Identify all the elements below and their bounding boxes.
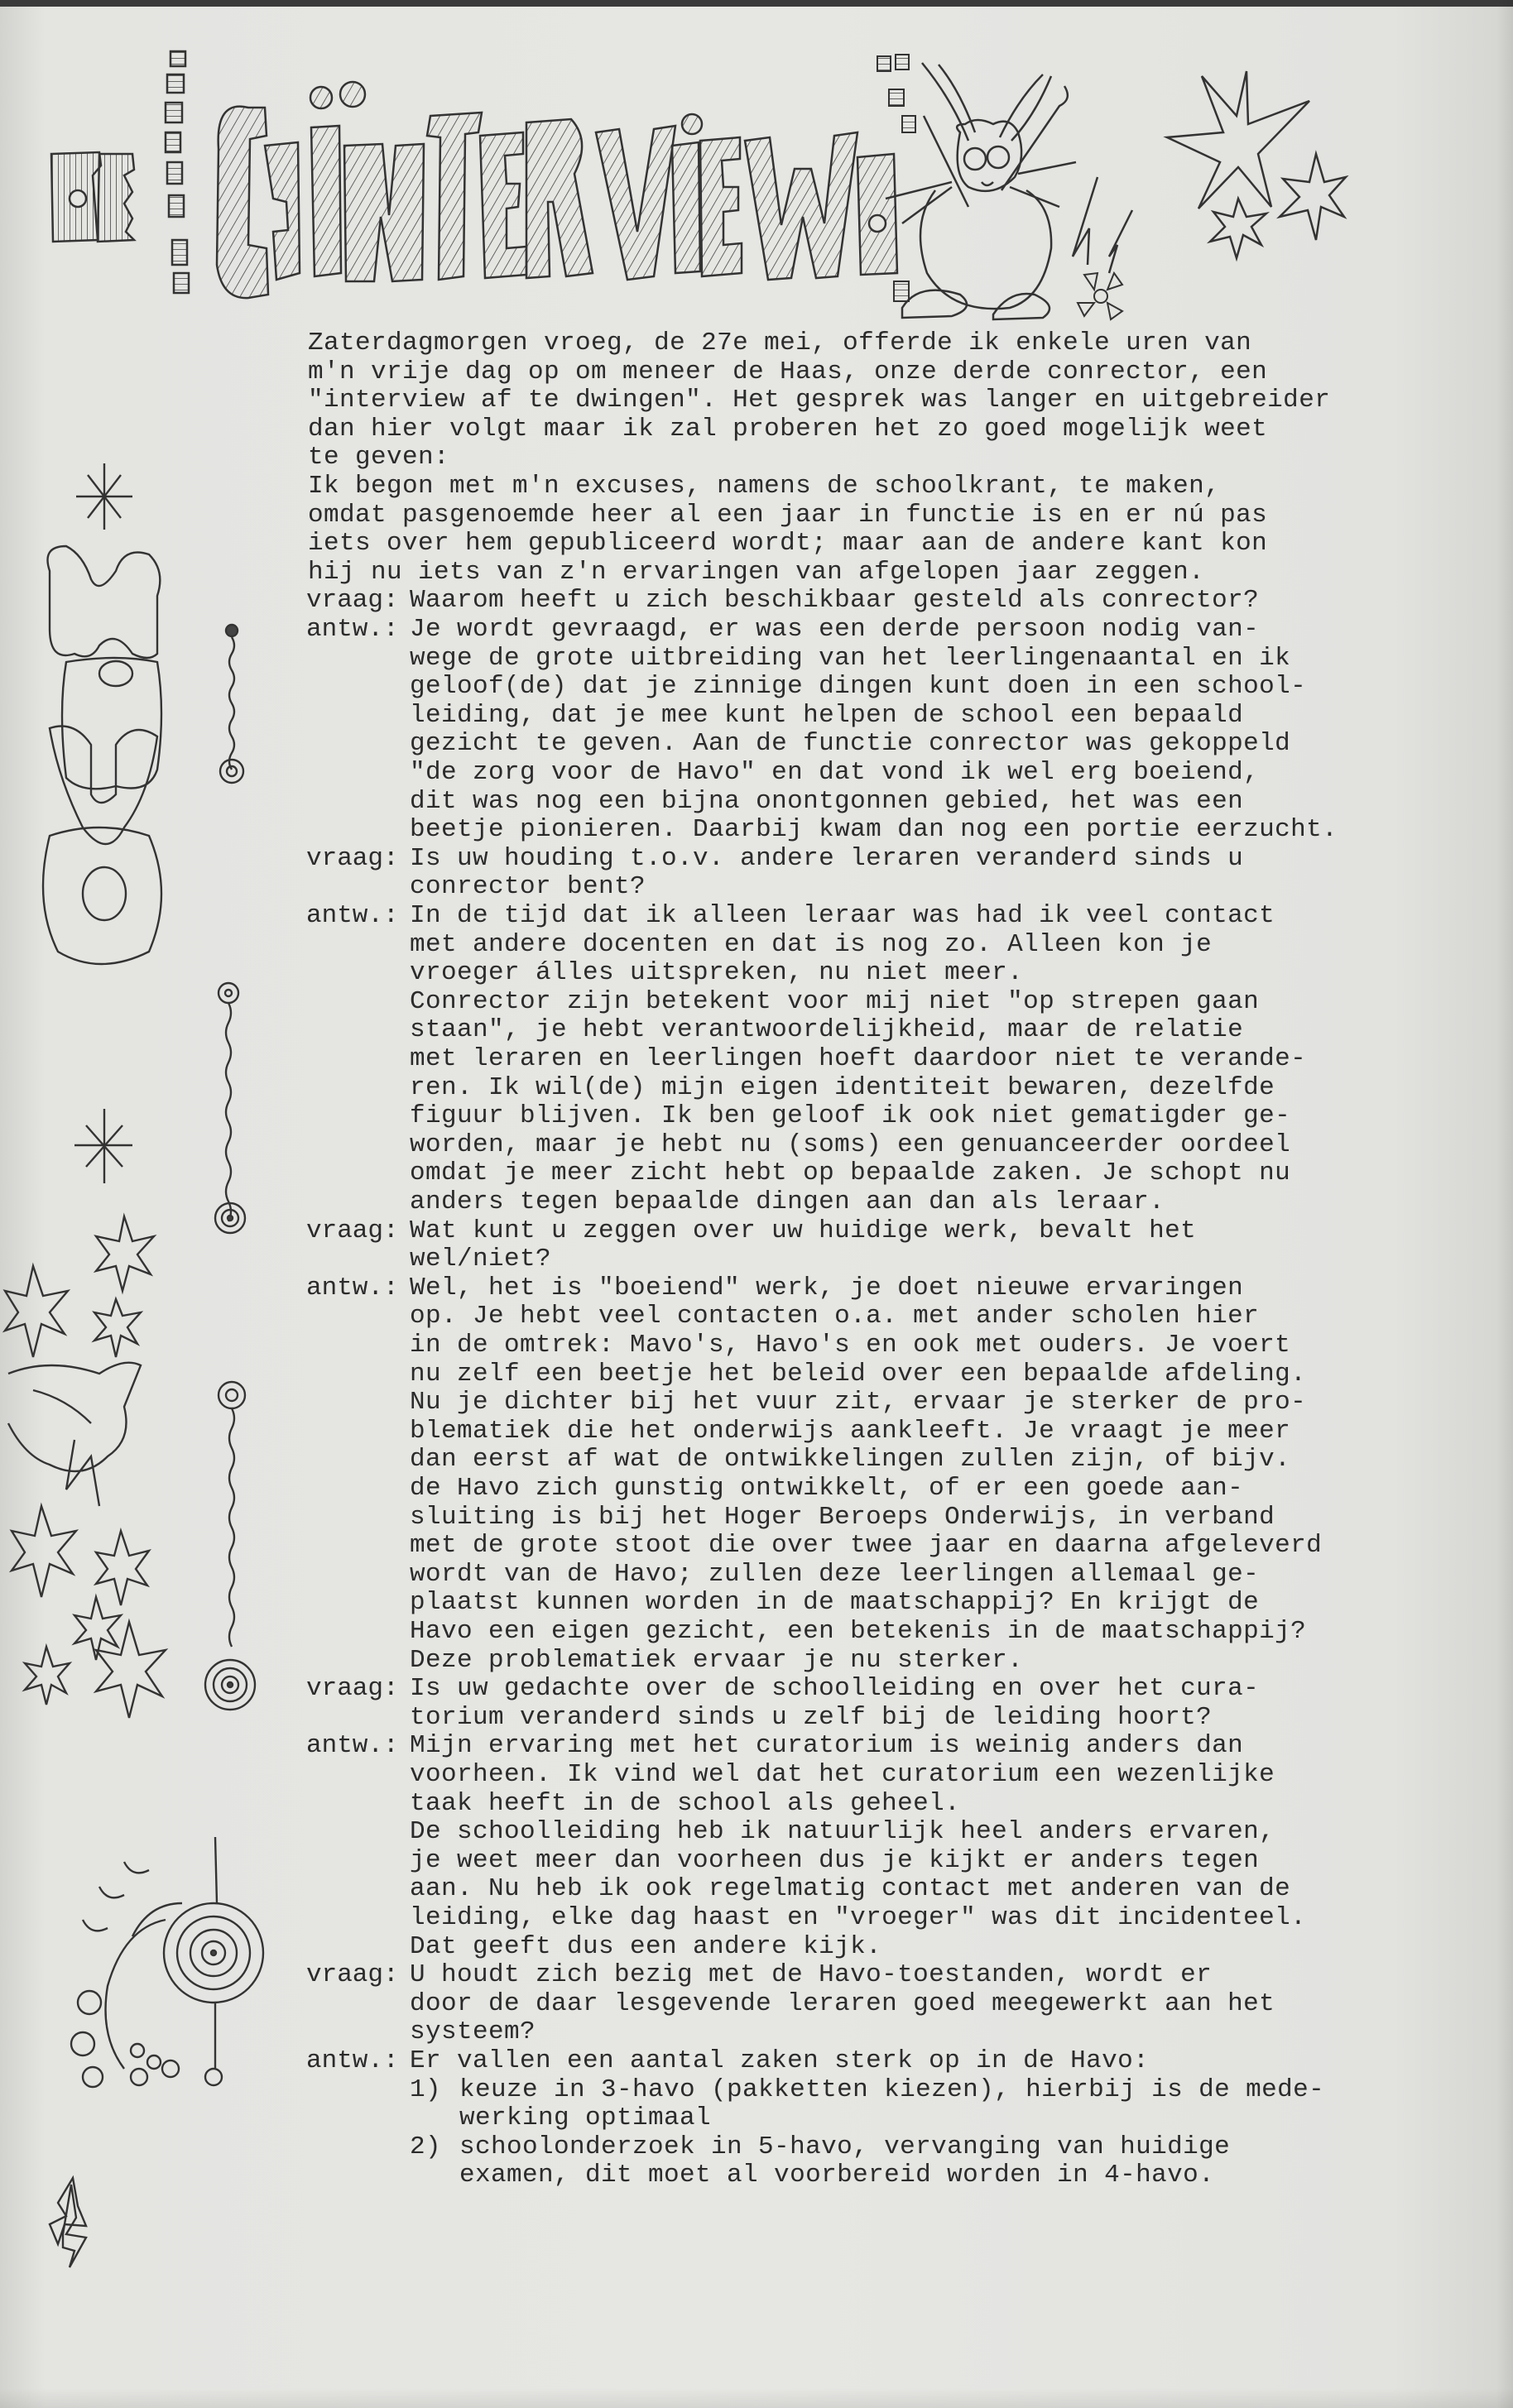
intro-line: Ik begon met m'n excuses, namens de scho… xyxy=(308,472,1220,501)
star-icon xyxy=(12,1506,166,1718)
intro-line: omdat pasgenoemde heer al een jaar in fu… xyxy=(308,501,1267,530)
answer-line: op. Je hebt veel contacten o.a. met ande… xyxy=(410,1302,1259,1331)
spiral-pendant-icon xyxy=(205,1382,255,1710)
question-label: vraag: xyxy=(306,1675,399,1703)
answer-line: de Havo zich gunstig ontwikkelt, of er e… xyxy=(410,1475,1243,1503)
answer-line: taak heeft in de school als geheel. xyxy=(410,1790,960,1818)
question-line: wel/niet? xyxy=(410,1245,551,1274)
list-item-line: schoolonderzoek in 5-havo, vervanging va… xyxy=(459,2133,1230,2161)
list-item-line: werking optimaal xyxy=(459,2104,711,2132)
answer-line: ren. Ik wil(de) mijn eigen identiteit be… xyxy=(410,1074,1275,1102)
answer-line: wege de grote uitbreiding van het leerli… xyxy=(410,645,1290,673)
answer-line: dit was nog een bijna onontgonnen gebied… xyxy=(410,788,1243,816)
list-item-line: keuze in 3-havo (pakketten kiezen), hier… xyxy=(459,2076,1324,2104)
intro-line: te geven: xyxy=(308,444,449,472)
lightning-icon xyxy=(1073,177,1132,273)
answer-line: figuur blijven. Ik ben geloof ik ook nie… xyxy=(410,1102,1290,1130)
asterisk-icon xyxy=(74,1109,132,1183)
question-label: vraag: xyxy=(306,845,399,873)
answer-label: antw.: xyxy=(306,1274,399,1302)
spiral-creature-icon xyxy=(71,1837,263,2087)
intro-line: hij nu iets van z'n ervaringen van afgel… xyxy=(308,559,1204,587)
star-icon xyxy=(1167,71,1346,258)
document-page: Zaterdagmorgen vroeg, de 27e mei, offerd… xyxy=(0,0,1513,2408)
intro-line: dan hier volgt maar ik zal proberen het … xyxy=(308,415,1267,444)
star-icon xyxy=(50,2178,86,2267)
answer-line: leiding, elke dag haast en "vroeger" was… xyxy=(410,1904,1306,1932)
answer-line: met andere docenten en dat is nog zo. Al… xyxy=(410,931,1212,959)
question-line: Is uw houding t.o.v. andere leraren vera… xyxy=(410,845,1243,873)
question-line: U houdt zich bezig met de Havo-toestande… xyxy=(410,1961,1212,1989)
list-number: 2) xyxy=(410,2133,441,2161)
question-line: Waarom heeft u zich beschikbaar gesteld … xyxy=(410,587,1259,615)
question-line: torium veranderd sinds u zelf bij de lei… xyxy=(410,1704,1212,1732)
answer-line: aan. Nu heb ik ook regelmatig contact me… xyxy=(410,1875,1290,1903)
list-item-line: examen, dit moet al voorbereid worden in… xyxy=(459,2161,1214,2190)
answer-label: antw.: xyxy=(306,902,399,930)
answer-line: omdat je meer zicht hebt op bepaalde zak… xyxy=(410,1159,1290,1187)
answer-line: anders tegen bepaalde dingen aan dan als… xyxy=(410,1188,1165,1216)
intro-line: Zaterdagmorgen vroeg, de 27e mei, offerd… xyxy=(308,329,1251,357)
answer-label: antw.: xyxy=(306,616,399,644)
havo-bubble-letters xyxy=(43,546,161,964)
question-line: door de daar lesgevende leraren goed mee… xyxy=(410,1990,1275,2018)
scan-right-edge xyxy=(1496,0,1513,2408)
answer-line: wordt van de Havo; zullen deze leerlinge… xyxy=(410,1561,1259,1589)
answer-line: geloof(de) dat je zinnige dingen kunt do… xyxy=(410,673,1306,701)
answer-line: staan", je hebt verantwoordelijkheid, ma… xyxy=(410,1016,1243,1044)
answer-line: in de omtrek: Mavo's, Havo's en ook met … xyxy=(410,1331,1290,1360)
answer-line: Conrector zijn betekent voor mij niet "o… xyxy=(410,988,1259,1016)
spiral-pendant-icon xyxy=(215,983,245,1233)
question-line: conrector bent? xyxy=(410,873,646,901)
answer-line: worden, maar je hebt nu (soms) een genua… xyxy=(410,1131,1290,1159)
answer-line: De schoolleiding heb ik natuurlijk heel … xyxy=(410,1818,1275,1846)
question-label: vraag: xyxy=(306,587,399,615)
flower-icon xyxy=(1078,273,1122,319)
answer-line: In de tijd dat ik alleen leraar was had … xyxy=(410,902,1275,930)
spiral-pendant-icon xyxy=(220,625,243,783)
intro-line: iets over hem gepubliceerd wordt; maar a… xyxy=(308,530,1267,558)
answer-line: dan eerst af wat de ontwikkelingen zulle… xyxy=(410,1446,1290,1474)
answer-line: "de zorg voor de Havo" en dat vond ik we… xyxy=(410,759,1259,787)
answer-label: antw.: xyxy=(306,2047,399,2075)
answer-line: blematiek die het onderwijs aankleeft. J… xyxy=(410,1417,1290,1446)
asterisk-icon xyxy=(76,463,132,530)
answer-line: leiding, dat je mee kunt helpen de schoo… xyxy=(410,702,1243,730)
question-label: vraag: xyxy=(306,1961,399,1989)
question-line: Is uw gedachte over de schoolleiding en … xyxy=(410,1675,1259,1703)
answer-line: vroeger álles uitspreken, nu niet meer. xyxy=(410,959,1023,987)
answer-line: gezicht te geven. Aan de functie conrect… xyxy=(410,730,1290,758)
answer-line: Je wordt gevraagd, er was een derde pers… xyxy=(410,616,1259,644)
answer-label: antw.: xyxy=(306,1732,399,1760)
answer-line: Nu je dichter bij het vuur zit, ervaar j… xyxy=(410,1389,1306,1417)
answer-line: voorheen. Ik vind wel dat het curatorium… xyxy=(410,1761,1275,1789)
answer-line: Havo een eigen gezicht, een betekenis in… xyxy=(410,1618,1306,1646)
answer-line: plaatst kunnen worden in de maatschappij… xyxy=(410,1589,1259,1617)
answer-line: Er vallen een aantal zaken sterk op in d… xyxy=(410,2047,1149,2075)
answer-line: met de grote stoot die over twee jaar en… xyxy=(410,1532,1322,1560)
intro-line: "interview af te dwingen". Het gesprek w… xyxy=(308,386,1330,415)
answer-line: Mijn ervaring met het curatorium is wein… xyxy=(410,1732,1243,1760)
rabbit-icon xyxy=(886,63,1076,319)
answer-line: Dat geeft dus een andere kijk. xyxy=(410,1933,881,1961)
question-line: Wat kunt u zeggen over uw huidige werk, … xyxy=(410,1217,1196,1245)
intro-line: m'n vrije dag op om meneer de Haas, onze… xyxy=(308,358,1267,386)
answer-line: beetje pionieren. Daarbij kwam dan nog e… xyxy=(410,816,1338,844)
answer-line: je weet meer dan voorheen dus je kijkt e… xyxy=(410,1847,1259,1875)
bird-icon xyxy=(8,1363,141,1506)
star-icon xyxy=(5,1216,154,1357)
answer-line: Wel, het is "boeiend" werk, je doet nieu… xyxy=(410,1274,1243,1302)
answer-line: met leraren en leerlingen hoeft daardoor… xyxy=(410,1045,1306,1073)
list-number: 1) xyxy=(410,2076,441,2104)
question-line: systeem? xyxy=(410,2018,536,2046)
answer-line: sluiting is bij het Hoger Beroeps Onderw… xyxy=(410,1504,1275,1532)
answer-line: Deze problematiek ervaar je nu sterker. xyxy=(410,1647,1023,1675)
answer-line: nu zelf een beetje het beleid over een b… xyxy=(410,1360,1306,1389)
question-label: vraag: xyxy=(306,1217,399,1245)
